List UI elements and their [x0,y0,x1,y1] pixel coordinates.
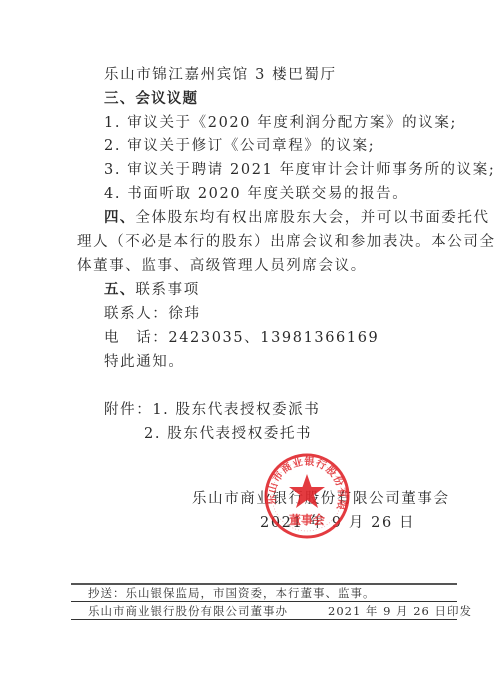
section4-heading: 四、 [104,210,135,226]
agenda-item-4: 4. 书面听取 2020 年度关联交易的报告。 [104,185,408,203]
official-seal: 乐山市商业银行股份有限公司 董事会 [263,452,351,540]
attachment-line-1: 附件：1. 股东代表授权委派书 [104,401,320,419]
attachment-item-2: 2. 股东代表授权委托书 [144,425,312,443]
footer-bottom-rule [71,619,457,620]
attachment-item-1: 1. 股东代表授权委派书 [152,402,320,418]
svg-text:董事会: 董事会 [289,512,325,527]
seal-icon: 乐山市商业银行股份有限公司 董事会 [263,452,351,540]
section4-line-2: 理人（不必是本行的股东）出席会议和参加表决。本公司全 [77,233,496,251]
section3-heading: 三、会议议题 [104,90,198,108]
contact-phone: 电 话：2423035、13981366169 [104,329,379,347]
footer-issue-date: 2021 年 9 月 26 日印发 [328,604,472,618]
footer-cc: 抄送：乐山银保监局，市国资委，本行董事、监事。 [88,586,376,600]
section5-heading: 五、 [104,282,135,298]
footer-top-rule [71,583,457,585]
section5-heading-text: 联系事项 [135,282,199,298]
section4-line-3: 体董事、监事、高级管理人员列席会议。 [77,257,367,275]
agenda-item-2: 2. 审议关于修订《公司章程》的议案; [104,137,375,155]
agenda-item-3: 3. 审议关于聘请 2021 年度审计会计师事务所的议案; [104,161,495,179]
footer-issuer: 乐山市商业银行股份有限公司董事办 [88,604,288,618]
section4-line-1: 四、全体股东均有权出席股东大会，并可以书面委托代 [104,209,490,227]
footer-middle-rule [71,601,457,602]
contact-person: 联系人：徐玮 [104,305,201,323]
agenda-item-1: 1. 审议关于《2020 年度利润分配方案》的议案; [104,114,457,132]
section4-text: 全体股东均有权出席股东大会，并可以书面委托代 [135,210,489,226]
section5-heading-line: 五、联系事项 [104,281,200,299]
attachment-label: 附件： [104,402,152,418]
venue-line: 乐山市锦江嘉州宾馆 3 楼巴蜀厅 [104,66,337,84]
closing-line: 特此通知。 [104,353,185,371]
